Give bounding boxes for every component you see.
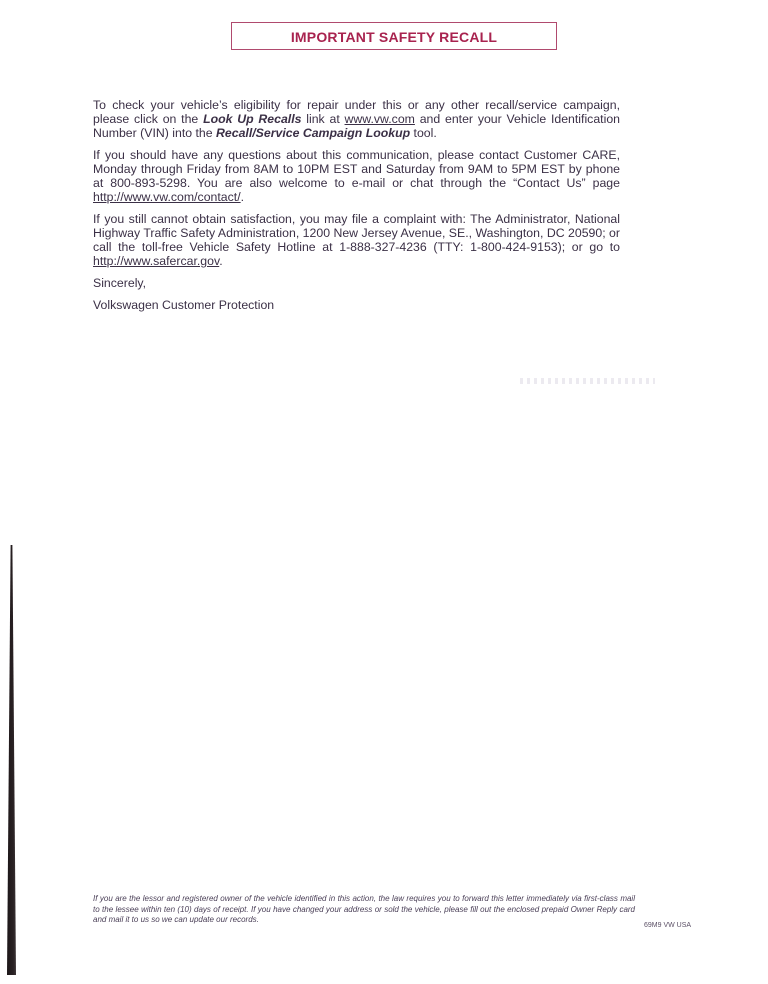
- paragraph-customer-care: If you should have any questions about t…: [93, 148, 620, 204]
- contact-page-link[interactable]: http://www.vw.com/contact/: [93, 190, 241, 204]
- lessor-footer-note: If you are the lessor and registered own…: [93, 894, 635, 926]
- vw-website-link[interactable]: www.vw.com: [345, 112, 415, 126]
- document-code: 69M9 VW USA: [644, 922, 691, 929]
- paragraph-complaint: If you still cannot obtain satisfaction,…: [93, 212, 620, 268]
- signature: Volkswagen Customer Protection: [93, 298, 620, 312]
- look-up-recalls-label: Look Up Recalls: [203, 112, 301, 126]
- letter-body: To check your vehicle’s eligibility for …: [93, 98, 620, 320]
- lookup-tool-name: Recall/Service Campaign Lookup: [216, 126, 410, 140]
- safercar-link[interactable]: http://www.safercar.gov: [93, 254, 219, 268]
- recall-title-box: IMPORTANT SAFETY RECALL: [231, 22, 557, 50]
- scan-artifact: [520, 378, 655, 384]
- salutation: Sincerely,: [93, 276, 620, 290]
- scan-edge-line: [7, 545, 16, 975]
- page-title: IMPORTANT SAFETY RECALL: [291, 29, 497, 45]
- paragraph-eligibility: To check your vehicle’s eligibility for …: [93, 98, 620, 140]
